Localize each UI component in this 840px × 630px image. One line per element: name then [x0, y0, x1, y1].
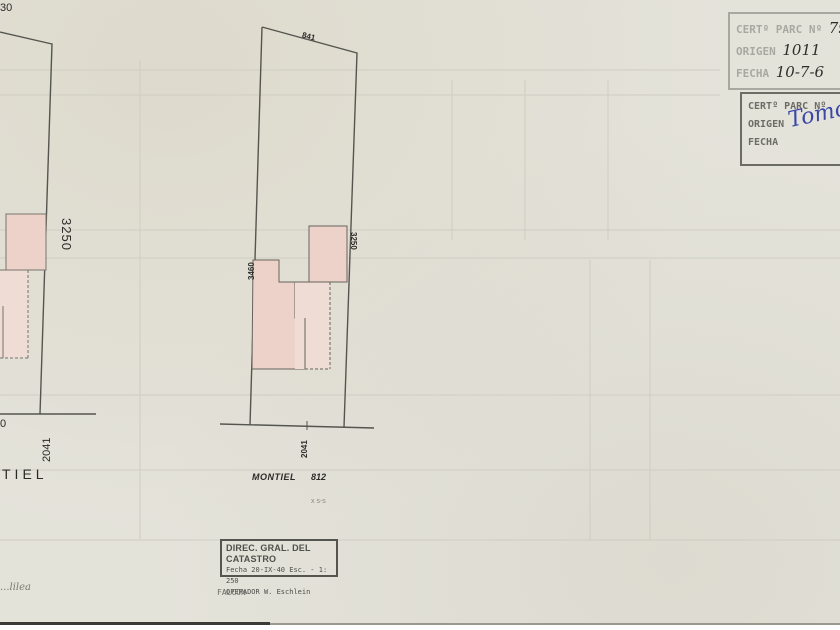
center-right-dimension: 3250: [349, 232, 358, 250]
catastro-fecha-label: Fecha: [226, 566, 247, 574]
left-street-label: TIEL: [2, 466, 48, 482]
center-left-dimension: 3460: [247, 262, 256, 280]
paper-grid: [0, 60, 840, 540]
stamp-value-fecha: 10-7-6: [776, 63, 824, 81]
signature: ...lilea: [0, 582, 31, 593]
stamp-value-origen: 1011: [782, 41, 820, 59]
catastro-title: DIREC. GRAL. DEL CATASTRO: [226, 543, 332, 565]
catastro-fecha-value: 20-IX-40: [251, 566, 285, 574]
parcel-certificate-stamp-mid: CERTº PARC Nº ORIGEN FECHA Tomo: [740, 92, 840, 166]
catastro-escala-label: Esc. - 1:: [289, 566, 327, 574]
left-plan: [0, 32, 96, 414]
left-tick-label: 0: [0, 418, 6, 430]
parcel-certificate-stamp-top: CERTº PARC Nº 79 ORIGEN 1011 FECHA 10-7-…: [728, 12, 840, 90]
center-plan: [220, 27, 374, 430]
stamp-label-cert: CERTº PARC Nº: [736, 23, 822, 36]
plan-drawing: [0, 0, 840, 630]
stamp-mid-fecha: FECHA: [748, 134, 840, 152]
stamp-value-cert: 79: [829, 19, 840, 37]
left-bottom-dimension: 2041: [41, 438, 53, 462]
catastro-operador-value: W. Eschlein: [264, 588, 310, 596]
catastro-escala-value: 250: [226, 577, 239, 585]
center-bottom-dimension: 2041: [300, 440, 309, 458]
center-street-label: MONTIEL: [252, 472, 296, 482]
catastro-stamp: DIREC. GRAL. DEL CATASTRO Fecha 20-IX-40…: [220, 539, 338, 577]
sheet-bottom-edge-right: [270, 623, 840, 625]
sheet-bottom-edge: [0, 622, 270, 625]
typed-name: FALCON: [217, 588, 246, 597]
left-side-dimension: 3250: [59, 218, 74, 251]
stamp-label-origen: ORIGEN: [736, 45, 776, 58]
center-street-number: 812: [311, 472, 326, 482]
scanned-plan-sheet: 30 3250 0 2041 TIEL 841 3460 3250 2041 M…: [0, 0, 840, 624]
left-top-dimension: 30: [0, 2, 12, 14]
stamp-label-fecha: FECHA: [736, 67, 769, 80]
faint-annotation: x s-s: [311, 498, 326, 505]
